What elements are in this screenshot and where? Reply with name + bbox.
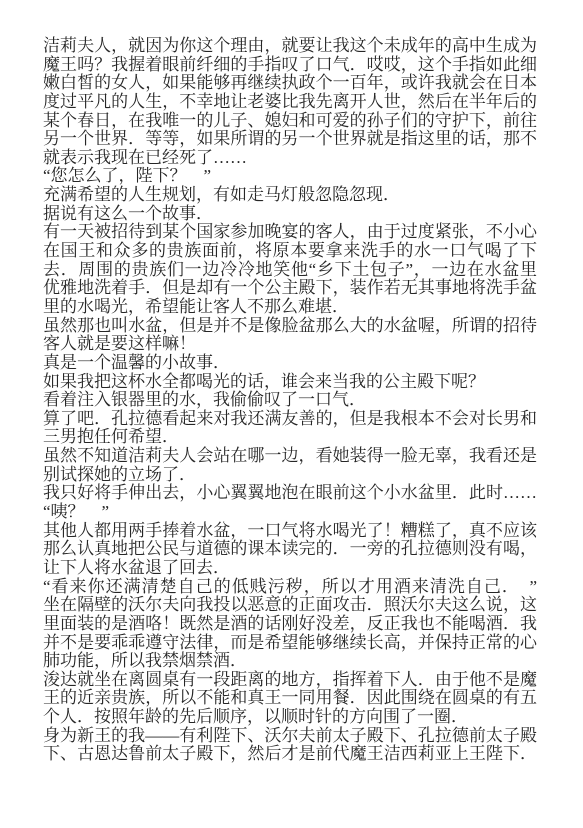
text-line: 优雅地洗着手．但是却有一个公主殿下，装作若无其事地将洗手盆 [43, 279, 537, 298]
text-line: 在国王和众多的贵族面前，将原本要拿来洗手的水一口气喝了下 [43, 242, 537, 261]
text-line: 并不是要乖乖遵守法律，而是希望能够继续长高，并保持正常的心 [43, 634, 537, 653]
text-line: 虽然不知道洁莉夫人会站在哪一边，看她装得一脸无辜，我看还是 [43, 447, 537, 466]
text-line: 真是一个温馨的小故事． [43, 354, 537, 373]
text-line: 客人就是要这样嘛！ [43, 335, 537, 354]
text-content: 洁莉夫人，就因为你这个理由，就要让我这个未成年的高中生成为魔王吗？我握着眼前纤细… [43, 37, 537, 764]
text-line: “咦？ ” [43, 503, 537, 522]
text-line: 去．周围的贵族们一边冷冷地笑他“乡下土包子”，一边在水盆里 [43, 261, 537, 280]
text-line: 肺功能，所以我禁烟禁酒． [43, 652, 537, 671]
text-line: 算了吧．孔拉德看起来对我还满友善的，但是我根本不会对长男和 [43, 410, 537, 429]
text-line: 浚达就坐在离圆桌有一段距离的地方，指挥着下人．由于他不是魔 [43, 671, 537, 690]
text-line: 坐在隔壁的沃尔夫向我投以恶意的正面攻击．照沃尔夫这么说，这 [43, 596, 537, 615]
text-line: 嫩白皙的女人，如果能够再继续执政个一百年，或许我就会在日本 [43, 74, 537, 93]
text-line: 我只好将手伸出去，小心翼翼地泡在眼前这个小水盆里．此时…… [43, 484, 537, 503]
text-line: 三男抱任何希望． [43, 428, 537, 447]
text-line: 王的近亲贵族，所以不能和真王一同用餐．因此围绕在圆桌的有五 [43, 689, 537, 708]
text-line: 下、古恩达鲁前太子殿下，然后才是前代魔王洁西莉亚上王陛下． [43, 745, 537, 764]
text-line: 洁莉夫人，就因为你这个理由，就要让我这个未成年的高中生成为 [43, 37, 537, 56]
text-line: 另一个世界．等等，如果所谓的另一个世界就是指这里的话，那不 [43, 130, 537, 149]
text-line: 魔王吗？我握着眼前纤细的手指叹了口气．哎哎，这个手指如此细 [43, 56, 537, 75]
text-line: 身为新王的我——有利陛下、沃尔夫前太子殿下、孔拉德前太子殿 [43, 727, 537, 746]
document-page: 洁莉夫人，就因为你这个理由，就要让我这个未成年的高中生成为魔王吗？我握着眼前纤细… [0, 0, 583, 828]
text-line: 充满希望的人生规划，有如走马灯般忽隐忽现． [43, 186, 537, 205]
text-line: 让下人将水盆退了回去． [43, 559, 537, 578]
text-line: 个人．按照年龄的先后顺序，以顺时针的方向围了一圈． [43, 708, 537, 727]
text-line: 度过平凡的人生，不幸地让老婆比我先离开人世，然后在半年后的 [43, 93, 537, 112]
text-line: 虽然那也叫水盆，但是并不是像脸盆那么大的水盆喔，所谓的招待 [43, 317, 537, 336]
text-line: 里的水喝光，希望能让客人不那么难堪． [43, 298, 537, 317]
text-line: 里面装的是酒咯！既然是酒的话刚好没差，反正我也不能喝酒．我 [43, 615, 537, 634]
text-line: “看来你还满清楚自己的低贱污秽，所以才用酒来清洗自己． ” [43, 578, 537, 597]
text-line: 那么认真地把公民与道德的课本读完的．一旁的孔拉德则没有喝， [43, 540, 537, 559]
text-line: 某个春日，在我唯一的儿子、媳妇和可爱的孙子们的守护下，前往 [43, 112, 537, 131]
text-line: 就表示我现在已经死了…… [43, 149, 537, 168]
text-line: 有一天被招待到某个国家参加晚宴的客人，由于过度紧张，不小心 [43, 223, 537, 242]
text-line: 别试探她的立场了． [43, 466, 537, 485]
text-line: 看着注入银器里的水，我偷偷叹了一口气． [43, 391, 537, 410]
text-line: 据说有这么一个故事． [43, 205, 537, 224]
text-line: “您怎么了，陛下？ ” [43, 167, 537, 186]
text-line: 如果我把这杯水全都喝光的话，谁会来当我的公主殿下呢？ [43, 373, 537, 392]
text-line: 其他人都用两手捧着水盆，一口气将水喝光了！糟糕了，真不应该 [43, 522, 537, 541]
